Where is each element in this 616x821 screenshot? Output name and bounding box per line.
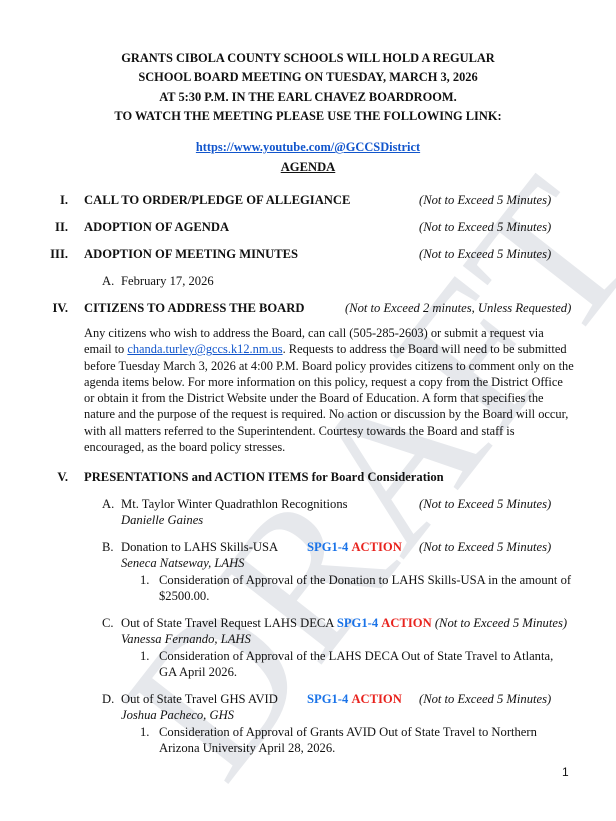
youtube-link[interactable]: https://www.youtube.com/@GCCSDistrict [196, 140, 420, 154]
action-label: ACTION [351, 692, 401, 706]
meeting-header: GRANTS CIBOLA COUNTY SCHOOLS WILL HOLD A… [0, 49, 616, 157]
time-limit: (Not to Exceed 5 Minutes) [419, 692, 551, 707]
spg-tag: SPG1-4 [307, 692, 348, 706]
citizens-paragraph: Any citizens who wish to address the Boa… [84, 325, 574, 455]
sub-item-text: Consideration of Approval of Grants AVID… [159, 725, 537, 740]
item-title: Mt. Taylor Winter Quadrathlon Recognitio… [121, 497, 348, 512]
sub-item-text: GA April 2026. [159, 665, 237, 680]
time-limit: (Not to Exceed 5 Minutes) [419, 247, 551, 262]
time-limit: (Not to Exceed 5 Minutes) [419, 220, 551, 235]
sub-item-number: 1. [140, 725, 149, 740]
presenter: Vanessa Fernando, LAHS [121, 632, 251, 647]
item-letter: C. [102, 616, 114, 631]
section-numeral: I. [38, 193, 68, 208]
item-title: Out of State Travel GHS AVID [121, 692, 278, 707]
presenter: Danielle Gaines [121, 513, 203, 528]
action-tag: SPG1-4 ACTION [307, 540, 402, 555]
section-title: ADOPTION OF MEETING MINUTES [84, 247, 298, 262]
sub-item-text: $2500.00. [159, 589, 209, 604]
section-title: PRESENTATIONS and ACTION ITEMS for Board… [84, 470, 444, 485]
time-limit: (Not to Exceed 2 minutes, Unless Request… [345, 301, 571, 316]
item-letter: B. [102, 540, 114, 555]
spg-tag: SPG1-4 [337, 616, 378, 630]
item-title: Out of State Travel Request LAHS DECA SP… [121, 616, 567, 631]
action-label: ACTION [381, 616, 431, 630]
sub-item-text: Arizona University April 28, 2026. [159, 741, 335, 756]
spg-tag: SPG1-4 [307, 540, 348, 554]
minutes-date: February 17, 2026 [121, 274, 214, 289]
email-link[interactable]: chanda.turley@gccs.k12.nm.us [127, 342, 282, 356]
section-title: CALL TO ORDER/PLEDGE OF ALLEGIANCE [84, 193, 350, 208]
header-line: GRANTS CIBOLA COUNTY SCHOOLS WILL HOLD A… [0, 49, 616, 68]
section-title: CITIZENS TO ADDRESS THE BOARD [84, 301, 304, 316]
sub-item-text: Consideration of Approval of the Donatio… [159, 573, 571, 588]
item-letter: A. [102, 497, 114, 512]
action-tag: SPG1-4 ACTION [307, 692, 402, 707]
presenter: Seneca Natseway, LAHS [121, 556, 244, 571]
header-line: AT 5:30 P.M. IN THE EARL CHAVEZ BOARDROO… [0, 88, 616, 107]
time-limit: (Not to Exceed 5 Minutes) [435, 616, 567, 630]
section-numeral: II. [38, 220, 68, 235]
presenter: Joshua Pacheco, GHS [121, 708, 234, 723]
action-label: ACTION [351, 540, 401, 554]
section-numeral: III. [38, 247, 68, 262]
item-letter: D. [102, 692, 114, 707]
time-limit: (Not to Exceed 5 Minutes) [419, 540, 551, 555]
sub-item-text: Consideration of Approval of the LAHS DE… [159, 649, 553, 664]
sub-item-number: 1. [140, 573, 149, 588]
page-number: 1 [562, 765, 569, 779]
item-letter: A. [102, 274, 114, 289]
section-numeral: V. [38, 470, 68, 485]
header-line: TO WATCH THE MEETING PLEASE USE THE FOLL… [0, 107, 616, 126]
section-numeral: IV. [38, 301, 68, 316]
document-page: GRANTS CIBOLA COUNTY SCHOOLS WILL HOLD A… [0, 0, 616, 821]
sub-item-number: 1. [140, 649, 149, 664]
time-limit: (Not to Exceed 5 Minutes) [419, 193, 551, 208]
section-title: ADOPTION OF AGENDA [84, 220, 229, 235]
header-line: SCHOOL BOARD MEETING ON TUESDAY, MARCH 3… [0, 68, 616, 87]
item-title: Donation to LAHS Skills-USA [121, 540, 278, 555]
time-limit: (Not to Exceed 5 Minutes) [419, 497, 551, 512]
agenda-title: AGENDA [0, 160, 616, 175]
